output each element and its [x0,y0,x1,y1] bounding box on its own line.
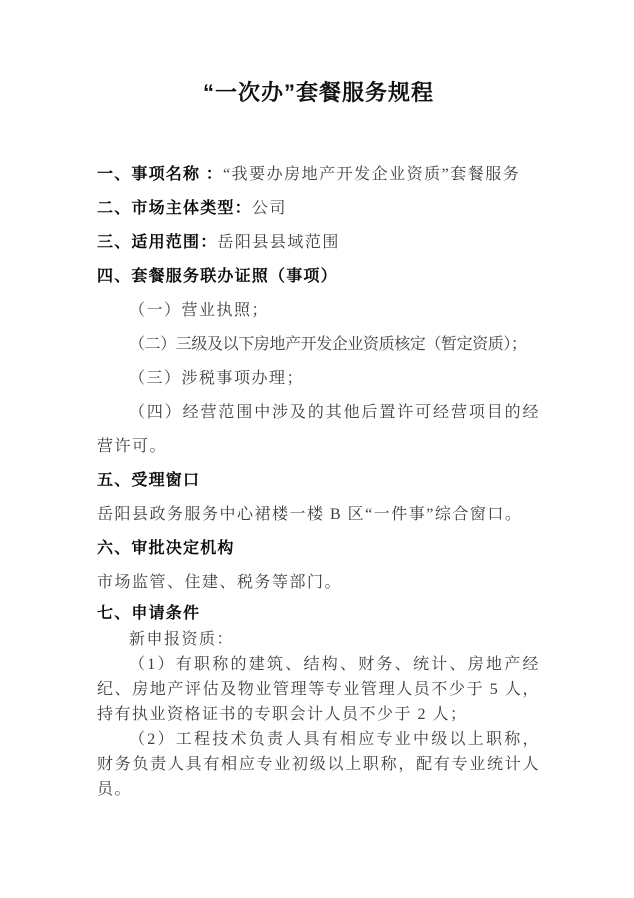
section-heading: 四、套餐服务联办证照（事项） [97,260,540,294]
section-label: 二、市场主体类型： [97,200,252,217]
section-heading-line: 一、事项名称 ：“我要办房地产开发企业资质”套餐服务 [97,158,540,192]
paragraph: 新申报资质： [97,627,540,652]
section-value: “我要办房地产开发企业资质”套餐服务 [223,166,520,183]
section-heading: 六、审批决定机构 [97,532,540,566]
list-item: （一）营业执照； [97,294,540,328]
list-item: （二）三级及以下房地产开发企业资质核定（暂定资质）； [97,328,540,362]
list-item: （三）涉税事项办理； [97,362,540,396]
paragraph: （1）有职称的建筑、结构、财务、统计、房地产经纪、房地产评估及物业管理等专业管理… [97,652,540,727]
paragraph: （2）工程技术负责人具有相应专业中级以上职称，财务负责人具有相应专业初级以上职称… [97,727,540,802]
paragraph: 市场监管、住建、税务等部门。 [97,566,540,600]
section-heading-line: 二、市场主体类型：公司 [97,192,540,226]
section-heading: 七、申请条件 [97,600,540,627]
section-heading: 五、受理窗口 [97,464,540,498]
section-value: 岳阳县县域范围 [217,234,340,251]
document-title: “一次办”套餐服务规程 [97,76,540,110]
section-value: 公司 [252,200,287,217]
paragraph: （四）经营范围中涉及的其他后置许可经营项目的经营许可。 [97,396,540,464]
section-label: 三、适用范围： [97,234,217,251]
section-label: 一、事项名称 ： [97,166,223,183]
paragraph: 岳阳县政务服务中心裙楼一楼 B 区“一件事”综合窗口。 [97,498,540,532]
document-page: “一次办”套餐服务规程 一、事项名称 ：“我要办房地产开发企业资质”套餐服务二、… [0,0,634,898]
document-body: 一、事项名称 ：“我要办房地产开发企业资质”套餐服务二、市场主体类型：公司三、适… [97,158,540,802]
section-heading-line: 三、适用范围：岳阳县县域范围 [97,226,540,260]
